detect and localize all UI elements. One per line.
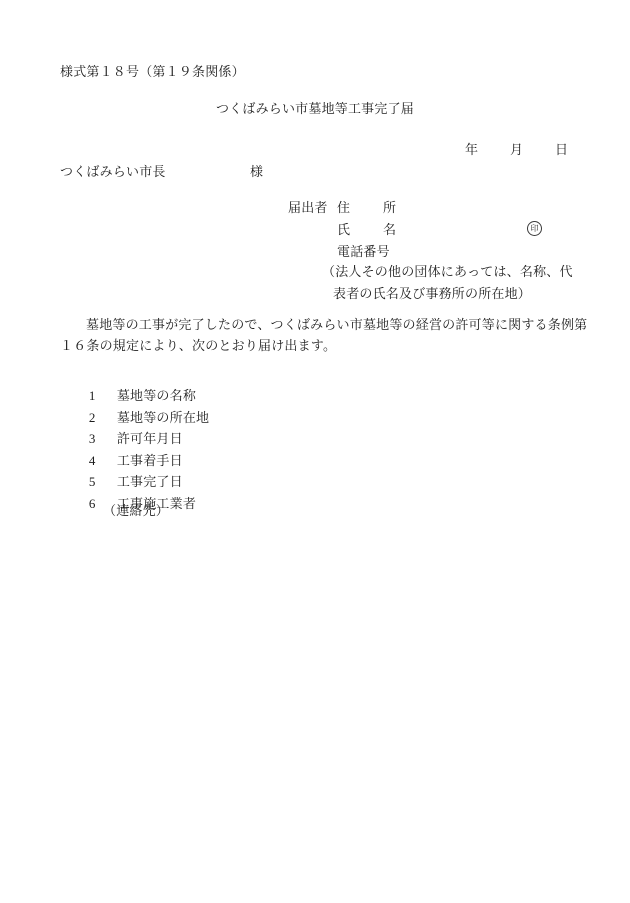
document-page: 様式第１８号（第１９条関係） つくばみらい市墓地等工事完了届 年 月 日 つくば… — [0, 0, 630, 903]
address-label-right: 所 — [383, 201, 396, 215]
name-label-right: 名 — [383, 223, 396, 237]
seal-mark-char: 印 — [531, 225, 539, 233]
body-paragraph-line2: １６条の規定により、次のとおり届け出ます。 — [60, 339, 336, 353]
corporate-note-line2: 表者の氏名及び事務所の所在地） — [333, 287, 531, 301]
address-label-left: 住 — [337, 201, 350, 215]
name-label-left: 氏 — [337, 223, 350, 237]
document-title: つくばみらい市墓地等工事完了届 — [0, 102, 630, 116]
date-day-label: 日 — [555, 143, 568, 157]
corporate-note-line1: （法人その他の団体にあっては、名称、代 — [322, 265, 573, 279]
addressee-honorific: 様 — [250, 165, 263, 179]
seal-mark-icon: 印 — [527, 221, 542, 236]
notifier-label: 届出者 — [288, 201, 328, 215]
phone-label: 電話番号 — [337, 245, 390, 259]
date-year-label: 年 — [465, 143, 478, 157]
body-paragraph-line1: 墓地等の工事が完了したので、つくばみらい市墓地等の経営の許可等に関する条例第 — [86, 318, 587, 332]
form-number: 様式第１８号（第１９条関係） — [60, 65, 245, 79]
date-month-label: 月 — [510, 143, 523, 157]
addressee-name: つくばみらい市長 — [60, 165, 166, 179]
contact-note: （連絡先） — [103, 504, 169, 518]
